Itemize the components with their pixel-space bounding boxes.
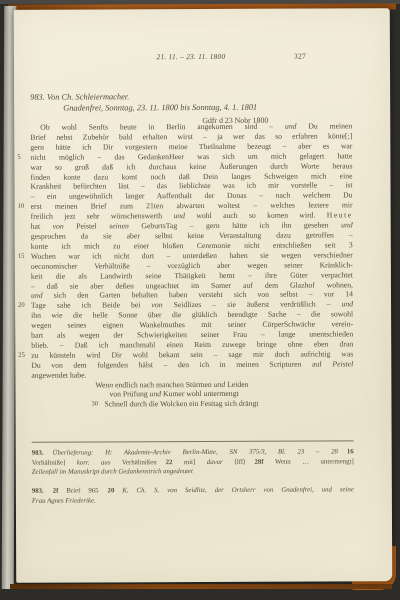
text-segment: Verhältnißen [110,459,156,466]
text-segment: angewendet habe. [31,370,86,379]
apparatus-block: 983.Überlieferung: H: Akademie-Archiv Be… [32,447,354,477]
text-segment: blieb. – Daß ich manchmahl einen Reim zu… [31,339,353,349]
text-segment: und [341,300,353,309]
text-segment: finden konte dazu komt noch daß Dein lan… [30,171,352,181]
commentary-block: 983.2f Brief 96520 K. Ch. S. von Seidlit… [32,485,354,505]
margin-line-number: 5 [17,152,27,162]
text-segment: 983. [32,488,44,495]
text-segment: mit] [172,458,206,465]
book-page: 21. 11. – 23. 11. 1800 327 983. Von Ch. … [14,8,392,583]
text-segment: von Prüfung [109,390,149,399]
text-segment: Du meinen [296,121,352,130]
text-segment: 16 [347,448,354,455]
margin-line-number: 10 [18,202,28,212]
text-segment: endlich nach manchen Stürmen [113,380,214,389]
text-segment: sich den Garten behalten haben versteht … [43,290,354,300]
verse-line: 30Schnell durch die Wolcken ein Festtag … [31,398,353,409]
text-segment: Wochen war ich nicht dort – unterdeßen h… [31,250,353,260]
letter-heading: 983. Von Ch. Schleiermacher. Gnadenfrei,… [30,91,352,114]
text-segment: wegen seines eignen Wankelmuthes mit sei… [31,319,353,329]
text-segment: 28f [255,458,264,465]
text-segment: K. Ch. S. von Seidlitz, der Ortsherr von… [122,486,354,494]
text-segment: ⟨lfl⟩ [223,458,246,465]
text-segment: von [151,300,162,309]
text-segment: Krankheit befürchten läst – das lieblich… [31,181,353,191]
text-segment: Überlieferung: H: Akademie-Archiv Berlin… [53,448,338,456]
margin-line-number: 15 [18,252,28,262]
text-segment: und [285,122,297,131]
text-segment: zu künsteln wird Dir wohl bekant sein – … [31,349,353,359]
text-segment: Peistel [64,221,110,230]
verse-block: Wenn endlich nach manchen Stürmen und Le… [31,379,353,409]
text-segment: Kumer wohl untermengt [161,389,239,398]
text-segment: nicht möglich – das GedankenHeer was sic… [30,151,352,161]
text-segment: keit die als Landwirth seine Thätigkeit … [31,270,353,280]
text-segment: Du von dem folgenden hälst – den ich in … [31,359,332,369]
text-segment: freilich jezt sehr wünschenswerth [31,211,174,221]
text-segment: Leiden [225,380,248,389]
text-segment: von [53,222,64,231]
book-cover-bottom-edge [10,584,392,589]
text-segment: Wenn … untermengt] [264,458,354,465]
text-segment: konte ich mich zu einer bloßen Ceremonie… [31,240,353,250]
text-segment: und [173,211,185,220]
text-segment: und [214,380,226,389]
page-number: 327 [294,52,306,61]
text-segment: 20 [108,487,115,494]
text-segment: Schnell durch die Wolcken ein Festtag si… [104,399,258,409]
text-segment: Seidlizes – sie äußerst verdrüßlich – [163,300,342,310]
apparatus-divider [32,440,354,442]
text-segment: hat [31,222,53,231]
text-segment: und [150,390,162,399]
text-segment: – daß sie aber deßen ungeachtet im Somer… [31,280,353,290]
running-head-date-range: 21. 11. – 23. 11. 1800 [156,52,225,61]
text-segment: gesprochen da sie aber selbst keine Vera… [31,230,353,240]
text-segment: seinen [109,221,129,230]
text-segment: 983. [32,450,44,457]
letter-body: Ob wohl Senfts heute in Berlin angekomen… [30,121,353,380]
text-segment: davor [207,458,223,465]
text-segment: Zeilenfall im Manuskript durch Gedankens… [32,468,193,476]
text-segment: wohl auch so komen wird. [185,211,327,221]
text-segment: Brief 965 [58,487,98,494]
letter-place-and-date: Gnadenfrei, Sonntag, 23. 11. 1800 bis So… [30,102,352,114]
margin-line-number: 20 [18,301,28,311]
text-segment: war so groß daß ich durchaus keine Äußer… [30,161,352,171]
photo-background: 21. 11. – 23. 11. 1800 327 983. Von Ch. … [0,0,400,600]
text-segment: – ein ungewöhnlich langer Auffenthalt de… [31,191,353,201]
text-segment: Ob wohl Senfts heute in Berlin angekomen… [40,122,285,132]
text-column: 21. 11. – 23. 11. 1800 327 983. Von Ch. … [30,8,354,582]
text-segment: GeburtsTag – gern hätte ich ihn gesehen [129,220,341,230]
text-segment: bart als wegen der Schwierigkeiten seine… [31,329,353,339]
running-head: 21. 11. – 23. 11. 1800 327 [30,51,352,61]
text-segment: Peistel [332,359,353,368]
text-segment: Heute [327,211,353,220]
text-segment: Tage sahe ich Beide bei [31,301,151,311]
margin-line-number: 30 [18,400,28,409]
text-segment: und [31,291,43,300]
text-segment: erst meinen Brief zum 21ten abwarten wol… [31,201,353,211]
text-segment: oeconomischer Verhältniße – vorzüglich a… [31,260,353,270]
text-segment: ihn wie die helle Sonne über die glüklic… [31,310,353,320]
text-segment: Verhältniße] [32,459,77,466]
margin-line-number: 25 [18,351,28,361]
text-segment: Wen [95,380,109,389]
text-segment: korr. aus [77,459,111,466]
commentary-line: Frau Agnes Friederike. [32,495,354,506]
text-segment: gern hätte ich Dir vorgestern meine Thei… [30,141,352,151]
text-segment: Frau Agnes Friederike. [32,497,96,504]
text-segment: 22 [166,459,173,466]
text-segment: Brief nebst Zubehör bald erhalten wirst … [30,131,352,141]
apparatus-line: Zeilenfall im Manuskript durch Gedankens… [32,466,354,477]
text-segment: und [341,220,353,229]
